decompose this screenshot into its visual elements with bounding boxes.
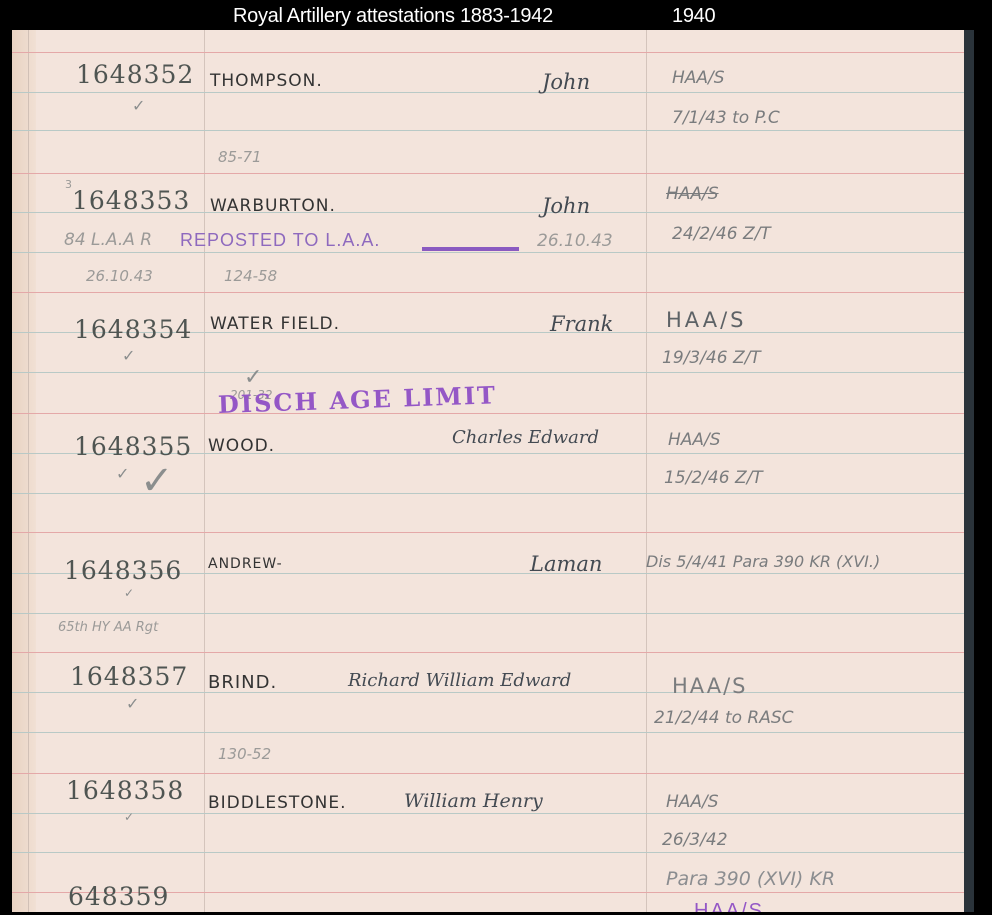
unit-note: 15/2/46 Z/T [664, 468, 763, 488]
service-number: 1648357 [70, 662, 188, 691]
service-number: 1648352 [76, 60, 194, 89]
check-mark-icon: ✓ [124, 586, 134, 600]
rule-line [12, 692, 964, 693]
rule-line [12, 773, 964, 774]
unit-note: 26/3/42 [662, 830, 728, 850]
given-names: John [542, 70, 590, 94]
unit-note: HAA/S [668, 430, 721, 450]
number-prefix: 3 [65, 178, 72, 191]
book-edge [964, 30, 974, 915]
given-names: Richard William Edward [348, 670, 571, 691]
surname: THOMPSON. [210, 71, 323, 91]
check-mark-icon: ✓ [140, 458, 174, 504]
title-bar: Royal Artillery attestations 1883-1942 1… [0, 0, 992, 30]
unit-note: 21/2/44 to RASC [654, 708, 794, 728]
rule-line [12, 732, 964, 733]
rule-line [12, 292, 964, 293]
collection-title: Royal Artillery attestations 1883-1942 [233, 5, 553, 27]
rule-line [12, 173, 964, 174]
unit-note: Para 390 (XVI) KR [666, 868, 835, 890]
given-names: Frank [550, 312, 613, 336]
check-mark-icon: ✓ [126, 694, 139, 714]
rule-line [12, 813, 964, 814]
margin-note: 85-71 [218, 148, 262, 166]
surname: ANDREW- [208, 556, 283, 572]
record-year: 1940 [672, 5, 715, 27]
margin-note: 124-58 [224, 267, 277, 285]
check-mark-icon: ✓ [132, 96, 145, 116]
rule-line [12, 413, 964, 414]
service-number: 1648354 [74, 315, 192, 344]
service-number: 1648358 [66, 776, 184, 805]
given-names: John [542, 194, 590, 218]
surname: BRIND. [208, 672, 277, 693]
given-names: William Henry [404, 790, 543, 812]
given-names: Charles Edward [452, 427, 599, 448]
reposted-stamp: REPOSTED TO L.A.A. [180, 230, 380, 251]
rule-line [12, 130, 964, 131]
service-number: 1648353 [72, 186, 190, 215]
unit-note: HAA/S [672, 674, 748, 698]
given-names: Laman [530, 552, 602, 576]
margin-note: 65th HY AA Rgt [58, 620, 158, 635]
unit-note-struck: HAA/S [666, 184, 719, 204]
rule-line [12, 613, 964, 614]
check-mark-icon: ✓ [116, 464, 129, 484]
unit-note: HAA/S [672, 68, 725, 88]
rule-line [12, 52, 964, 53]
surname: BIDDLESTONE. [208, 793, 347, 813]
service-number: 648359 [68, 882, 169, 911]
rule-line [12, 652, 964, 653]
unit-note: HAA/S [666, 792, 719, 812]
rule-line [12, 852, 964, 853]
check-mark-icon: ✓ [244, 364, 262, 390]
column-rule [646, 30, 647, 915]
rule-line [12, 532, 964, 533]
ledger-page: 1648352 THOMPSON. John HAA/S 7/1/43 to P… [12, 30, 964, 915]
surname: WOOD. [208, 436, 275, 456]
page-gutter [12, 30, 36, 915]
unit-note: HAA/S [666, 308, 747, 332]
stamp-underline [422, 247, 519, 251]
margin-note: 26.10.43 [537, 231, 613, 251]
unit-note: 7/1/43 to P.C [672, 108, 780, 128]
rule-line [12, 92, 964, 93]
margin-note: 26.10.43 [86, 267, 153, 285]
unit-note: 24/2/46 Z/T [672, 224, 771, 244]
service-number: 1648355 [74, 432, 192, 461]
check-mark-icon: ✓ [122, 346, 135, 366]
column-rule [28, 30, 29, 915]
margin-note: 84 L.A.A R [64, 230, 152, 250]
service-number: 1648356 [64, 556, 182, 585]
surname: WATER FIELD. [210, 314, 340, 334]
rule-line [12, 252, 964, 253]
margin-note: 130-52 [218, 745, 271, 763]
rule-line [12, 372, 964, 373]
column-rule [204, 30, 205, 915]
surname: WARBURTON. [210, 196, 336, 216]
check-mark-icon: ✓ [124, 810, 134, 824]
unit-note: Dis 5/4/41 Para 390 KR (XVI.) [646, 552, 880, 571]
unit-note: 19/3/46 Z/T [662, 348, 761, 368]
